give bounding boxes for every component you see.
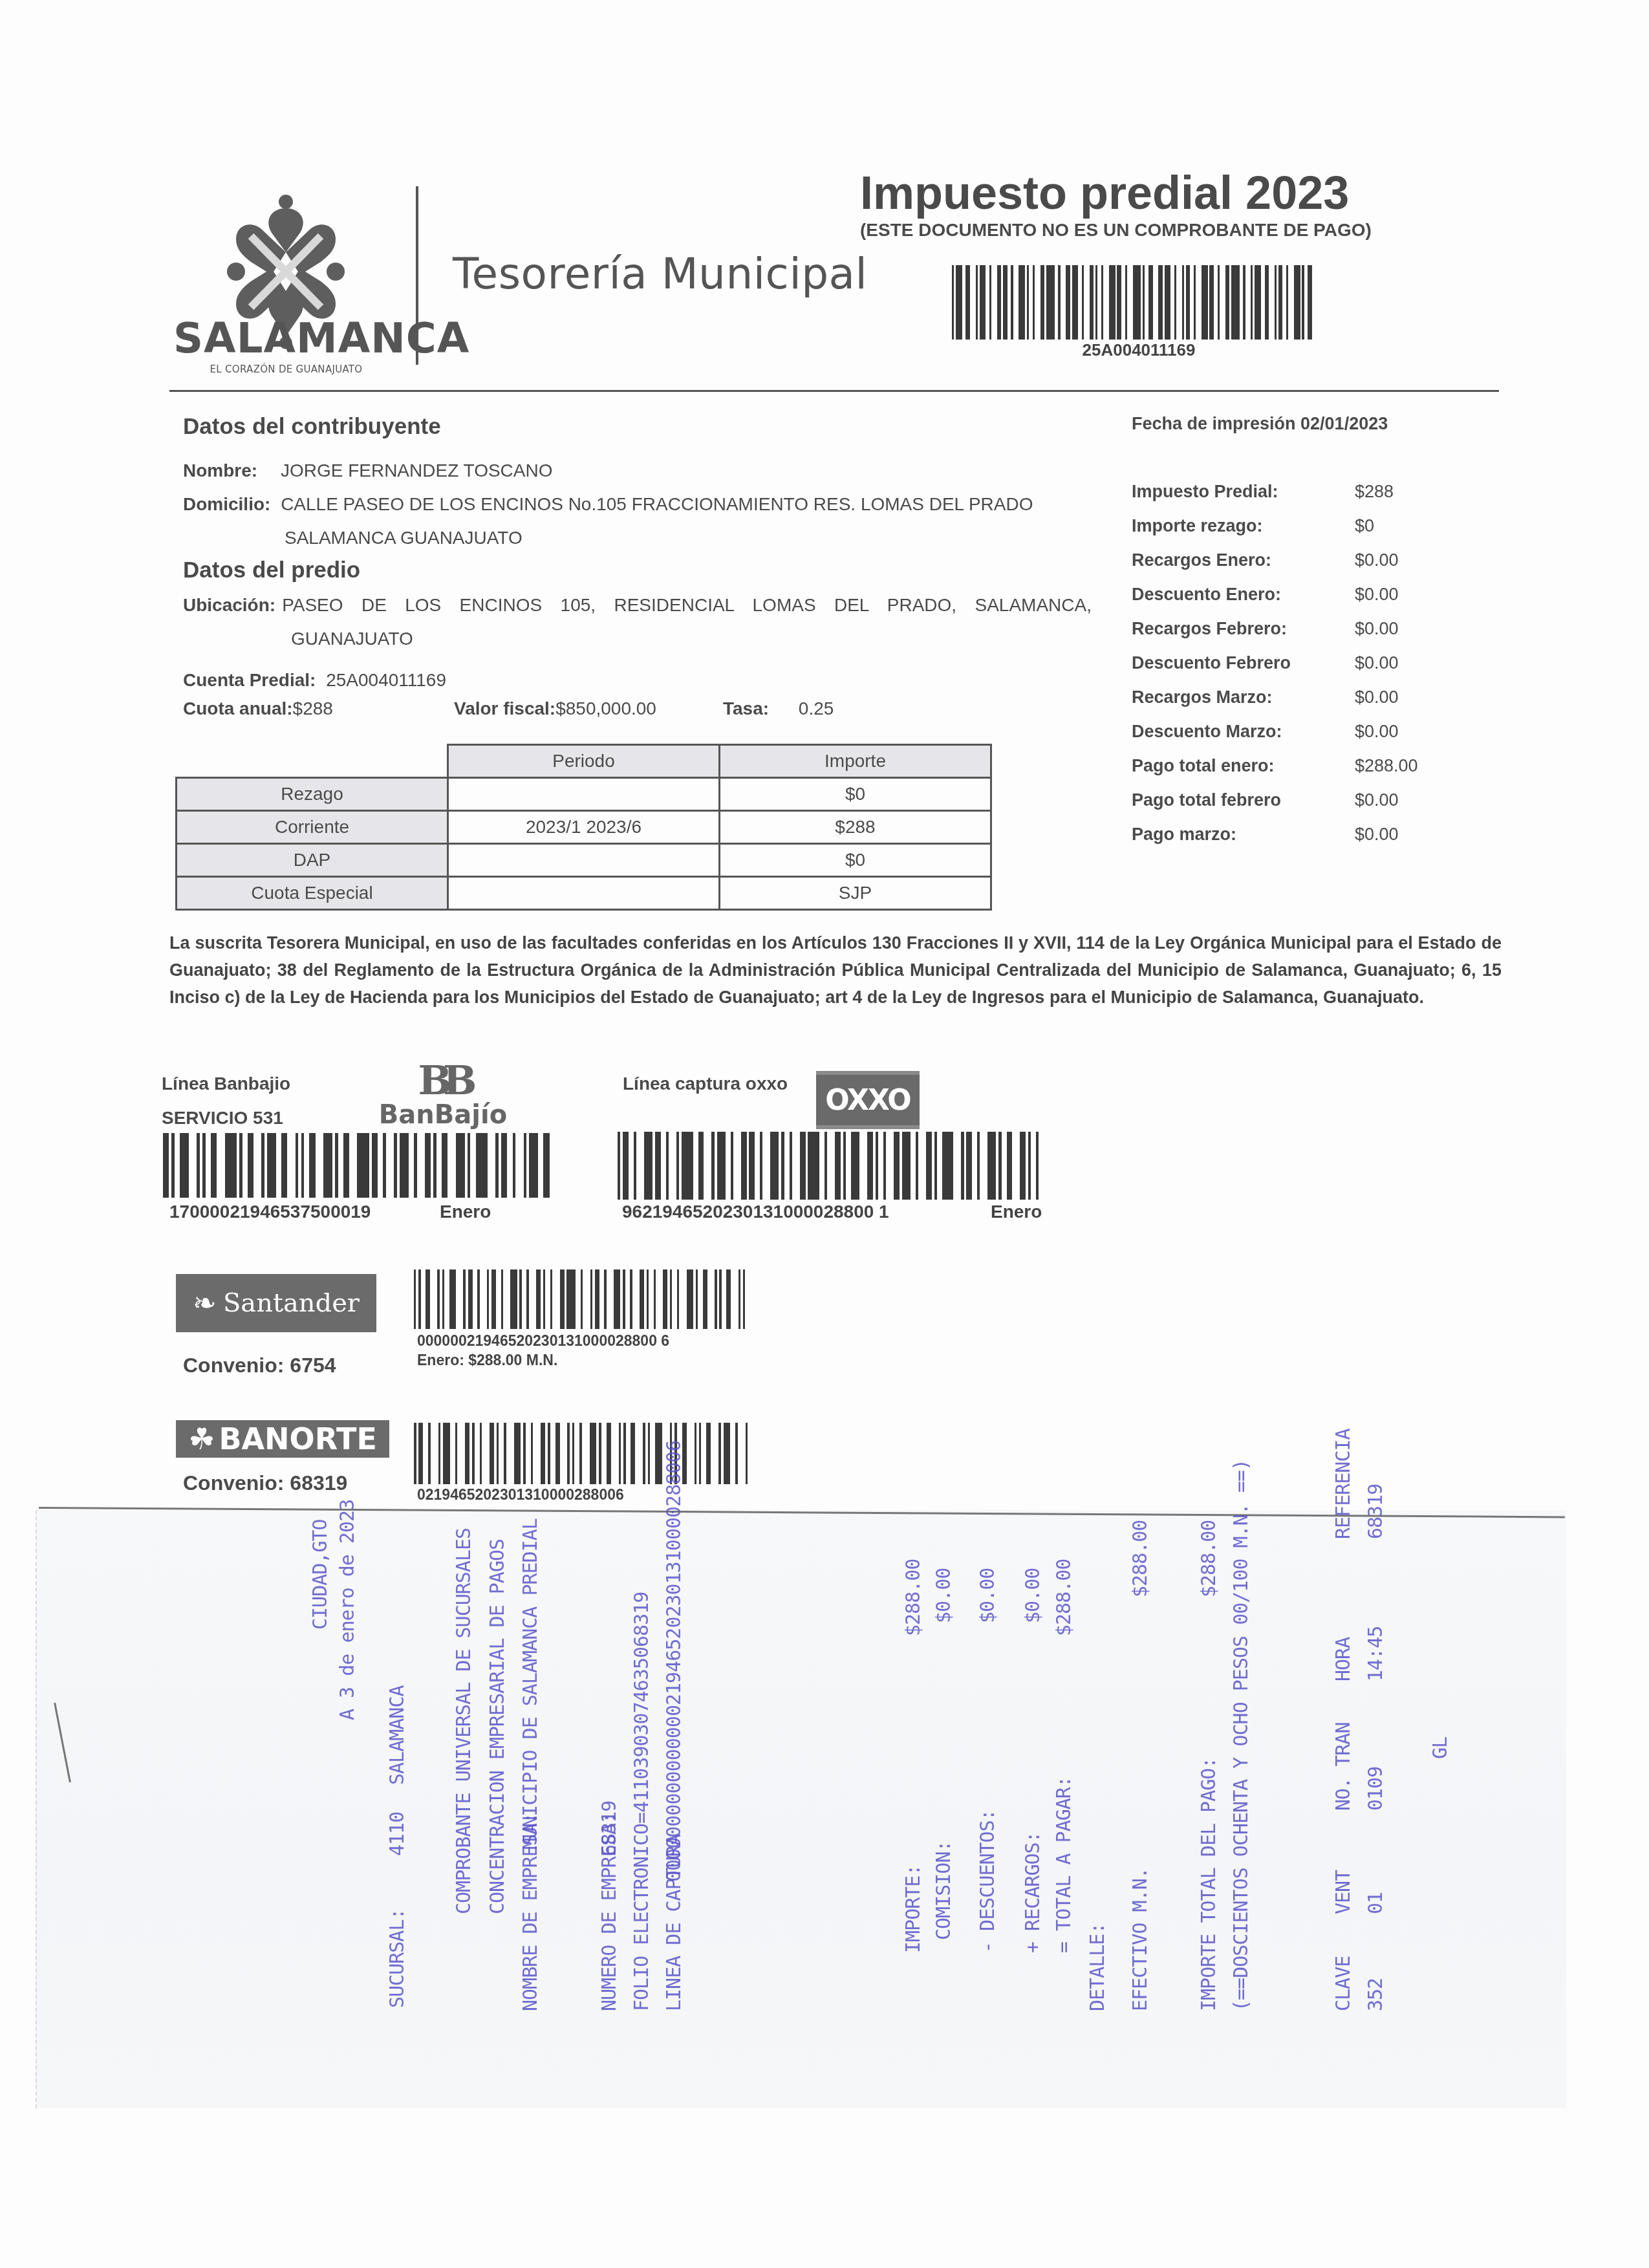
cuenta-value: 25A004011169 bbox=[326, 670, 446, 690]
receipt-recargos: $0.00 bbox=[1022, 1568, 1044, 1623]
ubicacion-label: Ubicación: bbox=[183, 595, 275, 616]
summary-row: Descuento Febrero$0.00 bbox=[1132, 653, 1455, 687]
summary-label: Recargos Marzo: bbox=[1132, 687, 1355, 722]
department-name: Tesorería Municipal bbox=[453, 249, 867, 299]
oxxo-label: Línea captura oxxo bbox=[623, 1074, 788, 1094]
receipt-num-empresa: 68319 bbox=[598, 1801, 621, 1856]
receipt-detalle-label: DETALLE: bbox=[1086, 1923, 1109, 2012]
banbajio-servicio: SERVICIO 531 bbox=[162, 1108, 283, 1129]
santander-amount: Enero: $288.00 M.N. bbox=[417, 1352, 557, 1369]
receipt-sucursal-num: 4110 bbox=[386, 1812, 409, 1856]
summary-value: $0.00 bbox=[1355, 687, 1399, 722]
oxxo-number: 9621946520230131000028800 1 bbox=[622, 1202, 889, 1222]
summary-value: $288.00 bbox=[1355, 756, 1418, 790]
summary-label: Pago marzo: bbox=[1132, 825, 1355, 859]
account-barcode bbox=[952, 265, 1326, 340]
summary-row: Importe rezago:$0 bbox=[1132, 516, 1455, 550]
banbajio-mark-icon: BB bbox=[375, 1061, 511, 1101]
tasa-label: Tasa: bbox=[723, 698, 769, 718]
summary-value: $0.00 bbox=[1355, 550, 1399, 585]
banbajio-barcode bbox=[163, 1133, 567, 1198]
banorte-barcode bbox=[414, 1423, 750, 1484]
summary-label: Pago total enero: bbox=[1132, 756, 1355, 790]
receipt-footer-value: 01 bbox=[1364, 1892, 1387, 1914]
receipt-sucursal-name: SALAMANCA bbox=[386, 1685, 409, 1785]
row-importe: $0 bbox=[720, 844, 991, 877]
receipt-total-label: = TOTAL A PAGAR: bbox=[1053, 1777, 1075, 1953]
summary-row: Recargos Marzo:$0.00 bbox=[1132, 687, 1455, 722]
summary-row: Pago marzo:$0.00 bbox=[1132, 825, 1455, 859]
summary-value: $288 bbox=[1355, 482, 1394, 516]
domicilio-line2: SALAMANCA GUANAJUATO bbox=[285, 528, 523, 548]
receipt-descuentos: $0.00 bbox=[976, 1568, 999, 1623]
santander-logo: ❧ Santander bbox=[176, 1274, 376, 1332]
row-periodo bbox=[448, 877, 720, 910]
col-importe: Importe bbox=[720, 745, 991, 778]
summary-value: $0.00 bbox=[1355, 790, 1399, 825]
receipt-footer-value: 14:45 bbox=[1364, 1626, 1387, 1681]
domicilio-line1: CALLE PASEO DE LOS ENCINOS No.105 FRACCI… bbox=[281, 494, 1033, 514]
oxxo-barcode bbox=[618, 1132, 1048, 1200]
receipt-fecha: A 3 de enero de 2023 bbox=[336, 1500, 359, 1720]
summary-value: $0.00 bbox=[1355, 653, 1399, 687]
receipt-comprobante-2: CONCENTRACION EMPRESARIAL DE PAGOS bbox=[486, 1539, 509, 1914]
summary-value: $0.00 bbox=[1355, 619, 1399, 653]
banbajio-logo: BB BanBajío bbox=[375, 1061, 511, 1132]
tasa-value: 0.25 bbox=[799, 698, 834, 718]
receipt-footer-value: 68319 bbox=[1364, 1484, 1387, 1539]
receipt-importe: $288.00 bbox=[902, 1559, 925, 1636]
row-periodo bbox=[448, 778, 720, 811]
domicilio-label: Domicilio: bbox=[183, 494, 270, 514]
receipt-efectivo: $288.00 bbox=[1129, 1520, 1152, 1597]
summary-label: Pago total febrero bbox=[1132, 790, 1355, 825]
table-row: Rezago$0 bbox=[177, 778, 991, 811]
banbajio-label: Línea Banbajio bbox=[162, 1074, 290, 1094]
summary-row: Descuento Marzo:$0.00 bbox=[1132, 722, 1455, 756]
row-periodo bbox=[448, 844, 720, 877]
santander-number: 00000021946520230131000028800 6 bbox=[417, 1332, 669, 1350]
predio-heading: Datos del predio bbox=[183, 557, 360, 583]
row-periodo: 2023/1 2023/6 bbox=[448, 811, 720, 844]
receipt-empresa: MUNICIPIO DE SALAMANCA PREDIAL bbox=[519, 1518, 542, 1850]
receipt-folio: FOLIO ELECTRONICO=41103903074635068319 bbox=[630, 1592, 653, 2011]
receipt-amount-words: (==DOSCIENTOS OCHENTA Y OCHO PESOS 00/10… bbox=[1230, 1460, 1253, 2011]
banorte-symbol-icon: ☘ bbox=[188, 1421, 215, 1456]
contribuyente-heading: Datos del contribuyente bbox=[183, 414, 441, 440]
row-concept: Corriente bbox=[177, 811, 448, 844]
table-row: Cuota EspecialSJP bbox=[177, 877, 991, 910]
receipt-comision-label: COMISION: bbox=[932, 1841, 955, 1940]
row-concept: DAP bbox=[177, 844, 448, 877]
row-importe: SJP bbox=[720, 877, 991, 910]
summary-value: $0.00 bbox=[1355, 585, 1399, 619]
summary-value: $0.00 bbox=[1355, 825, 1399, 859]
summary-label: Recargos Enero: bbox=[1132, 550, 1355, 585]
receipt-footer-header: CLAVE bbox=[1332, 1956, 1355, 2011]
receipt-linea: 0000000000000000219465202301310000288006 bbox=[663, 1441, 685, 1882]
receipt-total: $288.00 bbox=[1053, 1559, 1075, 1636]
payment-summary: Impuesto Predial:$288Importe rezago:$0Re… bbox=[1132, 482, 1455, 859]
print-date: Fecha de impresión 02/01/2023 bbox=[1132, 414, 1388, 434]
receipt-importe-total: $288.00 bbox=[1198, 1520, 1220, 1597]
receipt-footer-value: 0109 bbox=[1364, 1767, 1387, 1811]
santander-flame-icon: ❧ bbox=[193, 1287, 217, 1320]
nombre-label: Nombre: bbox=[183, 460, 257, 481]
summary-row: Pago total febrero$0.00 bbox=[1132, 790, 1455, 825]
receipt-footer-value: 352 bbox=[1364, 1978, 1387, 2011]
table-row: DAP$0 bbox=[177, 844, 991, 877]
document-title: Impuesto predial 2023 bbox=[860, 167, 1349, 220]
receipt-sucursal-label: SUCURSAL: bbox=[386, 1908, 409, 2008]
row-concept: Rezago bbox=[177, 778, 448, 811]
oxxo-logo-icon: OXXO bbox=[816, 1071, 920, 1129]
receipt-footer-header: NO. TRAN bbox=[1332, 1723, 1355, 1811]
receipt-footer-header: VENT bbox=[1332, 1870, 1355, 1914]
summary-label: Descuento Marzo: bbox=[1132, 722, 1355, 756]
header-rule bbox=[169, 390, 1499, 392]
receipt-recargos-label: + RECARGOS: bbox=[1022, 1831, 1044, 1953]
legal-text: La suscrita Tesorera Municipal, en uso d… bbox=[169, 929, 1502, 1011]
account-barcode-number: 25A004011169 bbox=[952, 340, 1326, 360]
period-table: Periodo Importe Rezago$0Corriente2023/1 … bbox=[175, 744, 992, 911]
header-divider bbox=[416, 186, 418, 365]
receipt-mark: GL bbox=[1429, 1737, 1452, 1759]
row-concept: Cuota Especial bbox=[177, 877, 448, 910]
receipt-footer-header: HORA bbox=[1332, 1637, 1355, 1681]
summary-label: Impuesto Predial: bbox=[1132, 482, 1355, 516]
document-subtitle: (ESTE DOCUMENTO NO ES UN COMPROBANTE DE … bbox=[860, 220, 1372, 241]
banbajio-wordmark: BanBajío bbox=[375, 1101, 511, 1129]
cuota-label: Cuota anual: bbox=[183, 698, 293, 718]
banorte-convenio: Convenio: 68319 bbox=[183, 1471, 347, 1495]
summary-row: Recargos Febrero:$0.00 bbox=[1132, 619, 1455, 653]
receipt-comprobante-1: COMPROBANTE UNIVERSAL DE SUCURSALES bbox=[453, 1528, 475, 1914]
summary-row: Descuento Enero:$0.00 bbox=[1132, 585, 1455, 619]
valor-fiscal-value: $850,000.00 bbox=[555, 698, 656, 718]
summary-value: $0 bbox=[1355, 516, 1374, 550]
banbajio-number: 17000021946537500019 bbox=[169, 1202, 371, 1222]
oxxo-month: Enero bbox=[991, 1202, 1042, 1222]
banorte-logo: ☘ BANORTE bbox=[176, 1420, 389, 1458]
summary-label: Descuento Enero: bbox=[1132, 585, 1355, 619]
cuota-value: $288 bbox=[293, 698, 333, 718]
summary-row: Recargos Enero:$0.00 bbox=[1132, 550, 1455, 585]
ubicacion-line2: GUANAJUATO bbox=[291, 629, 413, 649]
ubicacion-line1: PASEO DE LOS ENCINOS 105, RESIDENCIAL LO… bbox=[282, 595, 1092, 616]
row-importe: $288 bbox=[720, 811, 991, 844]
logo-tagline: EL CORAZÓN DE GUANAJUATO bbox=[175, 363, 398, 375]
receipt-efectivo-label: EFECTIVO M.N. bbox=[1129, 1868, 1152, 2011]
nombre-value: JORGE FERNANDEZ TOSCANO bbox=[281, 460, 553, 481]
table-row: Corriente2023/1 2023/6$288 bbox=[177, 811, 991, 844]
col-periodo: Periodo bbox=[448, 745, 720, 778]
summary-value: $0.00 bbox=[1355, 722, 1399, 756]
receipt-comision: $0.00 bbox=[932, 1568, 955, 1623]
receipt-descuentos-label: - DESCUENTOS: bbox=[976, 1809, 999, 1953]
santander-barcode bbox=[414, 1269, 750, 1329]
banorte-number: 0219465202301310000288006 bbox=[417, 1486, 624, 1504]
summary-label: Recargos Febrero: bbox=[1132, 619, 1355, 653]
receipt-importe-total-label: IMPORTE TOTAL DEL PAGO: bbox=[1198, 1758, 1220, 2011]
row-importe: $0 bbox=[720, 778, 991, 811]
summary-row: Impuesto Predial:$288 bbox=[1132, 482, 1455, 516]
banbajio-month: Enero bbox=[440, 1202, 491, 1222]
receipt-footer-header: REFERENCIA bbox=[1332, 1429, 1355, 1539]
cuenta-label: Cuenta Predial: bbox=[183, 670, 316, 690]
receipt-ciudad: CIUDAD,GTO bbox=[309, 1519, 332, 1630]
summary-label: Descuento Febrero bbox=[1132, 653, 1355, 687]
summary-label: Importe rezago: bbox=[1132, 516, 1355, 550]
receipt-importe-label: IMPORTE: bbox=[902, 1865, 925, 1954]
santander-convenio: Convenio: 6754 bbox=[183, 1354, 336, 1377]
valor-fiscal-label: Valor fiscal: bbox=[454, 698, 555, 718]
summary-row: Pago total enero:$288.00 bbox=[1132, 756, 1455, 790]
logo-wordmark: SALAMANCA bbox=[173, 315, 400, 363]
